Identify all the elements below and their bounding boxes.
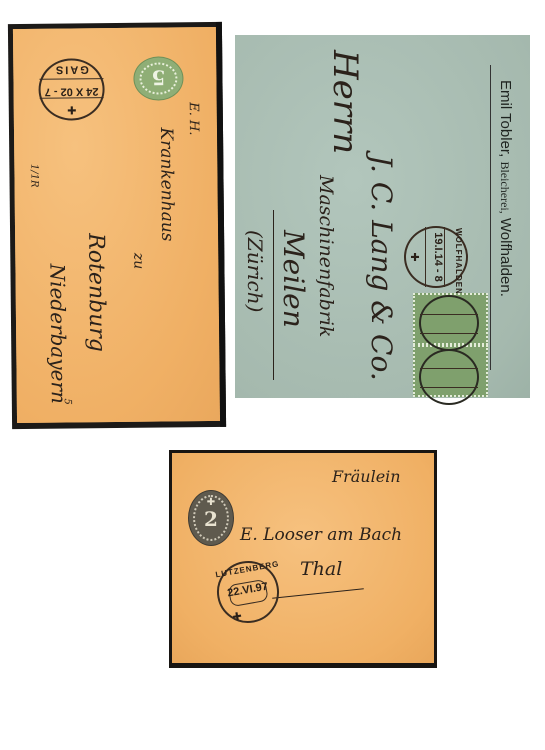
envelope-paper: ✚ 2 Fräulein E. Looser am Bach Thal LUTZ… [172, 453, 434, 663]
postmark-lutzenberg: LUTZENBERG 22.VI.97 ✚ [212, 556, 284, 628]
wrapper-paper: 5 ✚ 24 X 02 - 7 GAIS E. H. Krankenhaus z… [13, 27, 220, 423]
stamp-pair [413, 293, 488, 399]
embossed-stamp-2: ✚ 2 [188, 490, 234, 546]
postmark-wolfhalden: WOLFHALDEN 19.I.14 - 8 ✚ [404, 226, 468, 288]
swiss-cross-icon: ✚ [408, 228, 421, 286]
postmark-on-stamp [419, 295, 479, 351]
firm-imprint: Emil Tobler, Bleicherei, Wolfhalden. [497, 80, 514, 297]
postmark-gais: ✚ 24 X 02 - 7 GAIS [38, 58, 105, 121]
blue-envelope: Emil Tobler, Bleicherei, Wolfhalden. WOL… [235, 35, 530, 398]
underline [273, 210, 274, 380]
swiss-cross-icon: ✚ [41, 103, 103, 117]
underline [272, 588, 364, 599]
yellow-envelope: ✚ 2 Fräulein E. Looser am Bach Thal LUTZ… [169, 450, 437, 668]
embossed-stamp-5: 5 [133, 56, 183, 101]
divider [490, 65, 491, 370]
swiss-cross-icon: ✚ [193, 603, 282, 631]
postmark-on-stamp [419, 349, 479, 405]
newspaper-wrapper: 5 ✚ 24 X 02 - 7 GAIS E. H. Krankenhaus z… [8, 22, 226, 429]
